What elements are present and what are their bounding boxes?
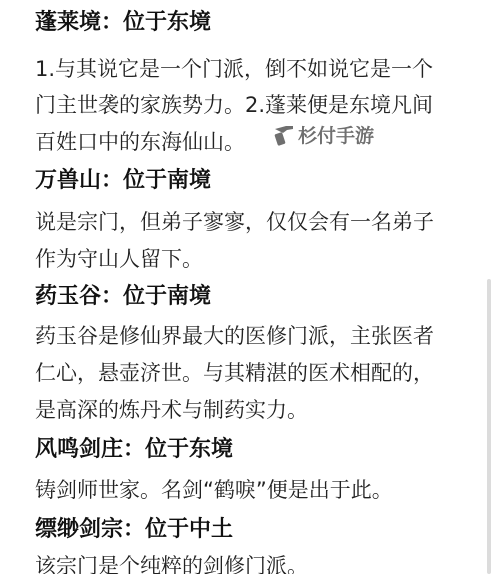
section-heading: 风鸣剑庄：位于东境 [35,432,233,463]
section-heading: 缥缈剑宗：位于中土 [35,512,233,543]
watermark: 杉付手游 [272,121,374,148]
scrollbar[interactable] [487,279,491,574]
section-heading: 万兽山：位于南境 [35,163,211,194]
paragraph-line: 仁心，悬壶济世。与其精湛的医术相配的， [35,357,434,387]
paragraph-line: 药玉谷是修仙界最大的医修门派，主张医者 [35,320,434,350]
paragraph-line: 1.与其说它是一个门派，倒不如说它是一个 [35,53,433,83]
section-heading: 药玉谷：位于南境 [35,279,211,310]
paragraph-line: 作为守山人留下。 [35,243,203,273]
paragraph-line: 门主世袭的家族势力。2.蓬莱便是东境凡间 [35,89,433,119]
paragraph-line: 是高深的炼丹术与制药实力。 [35,394,308,424]
paragraph-line: 百姓口中的东海仙山。 [35,126,245,156]
section-heading: 蓬莱境：位于东境 [35,5,211,36]
paragraph-line: 铸剑师世家。名剑“鹤唳”便是出于此。 [35,474,393,504]
paragraph-line: 该宗门是个纯粹的剑修门派。 [35,550,308,574]
paragraph-line: 说是宗门，但弟子寥寥，仅仅会有一名弟子 [35,206,434,236]
watermark-text: 杉付手游 [298,121,374,148]
hand-phone-icon [272,123,294,147]
